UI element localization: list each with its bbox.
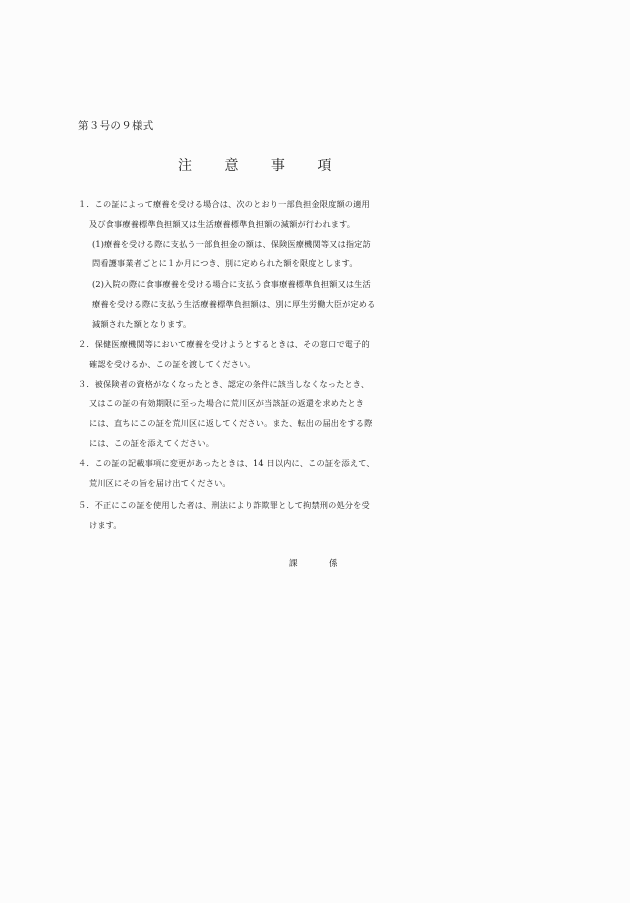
note-line: 問看護事業者ごとに１か月につき、別に定められた額を限度とします。: [92, 258, 358, 269]
note-line: ３．被保険者の資格がなくなったとき、認定の条件に該当しなくなったとき、: [78, 379, 369, 390]
note-line: 及び食事療養標準負担額又は生活療養標準負担額の減額が行われます。: [89, 219, 355, 230]
note-line: 療養を受ける際に支払う生活療養標準負担額は、別に厚生労働大臣が定める: [92, 299, 375, 310]
note-line: には、この証を添えてください。: [89, 438, 214, 449]
document-title: 注 意 事 項: [178, 155, 345, 175]
clerk-label: 係: [329, 557, 338, 569]
note-line: けます。: [89, 520, 122, 531]
note-line: には、直ちにこの証を荒川区に返してください。また、転出の届出をする際: [89, 418, 372, 429]
note-line: (2)入院の際に食事療養を受ける場合に支払う食事療養標準負担額又は生活: [92, 279, 371, 290]
note-line: 確認を受けるか、この証を渡してください。: [89, 359, 256, 370]
note-line: 荒川区にその旨を届け出てください。: [89, 478, 231, 489]
note-line: ２．保健医療機関等において療養を受けようとするときは、その窓口で電子的: [78, 339, 370, 350]
form-number: 第３号の９様式: [78, 118, 154, 133]
note-line: 減額された額となります。: [92, 319, 191, 330]
section-label: 課: [289, 557, 298, 569]
note-line: (1)療養を受ける際に支払う一部負担金の額は、保険医療機関等又は指定訪: [92, 239, 371, 250]
note-line: １．この証によって療養を受ける場合は、次のとおり一部負担金限度額の適用: [78, 199, 370, 210]
note-line: 又はこの証の有効期限に至った場合に荒川区が当該証の返還を求めたとき: [89, 398, 364, 409]
note-line: ５．不正にこの証を使用した者は、刑法により詐欺罪として拘禁刑の処分を受: [78, 500, 370, 511]
note-line: ４．この証の記載事項に変更があったときは、14 日以内に、この証を添えて、: [78, 458, 375, 469]
